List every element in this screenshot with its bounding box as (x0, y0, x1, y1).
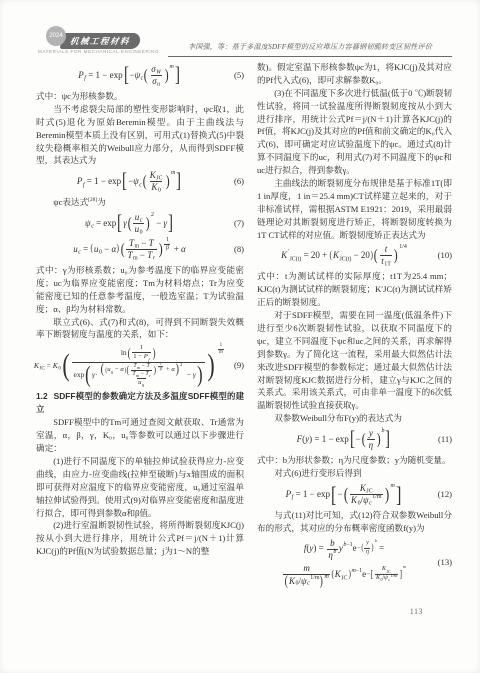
paragraph-weibull-intro: 双参数Weibull分布F(y)的表达式为 (257, 412, 452, 425)
equation-11: F(y) = 1 − exp[−(yη)b] (11) (257, 428, 452, 451)
equation-7: ψc = exp[γ(ucu0)2 − γ] (7) (36, 212, 244, 235)
equation-13: f(y) = bηbyb−1e−(yη)b = m(K0/ψc1/m)m(KJC… (257, 538, 452, 587)
equation-11-number: (11) (431, 433, 452, 446)
paragraph-mle: 对于SDFF模型，需要在同一温度(低温条件)下进行至少6次断裂韧性试验，以获取不… (257, 309, 452, 412)
year-badge: 2024 (46, 26, 66, 46)
page-header: 2024 机械工程材料 MATERIALS FOR MECHANICAL ENG… (36, 29, 452, 57)
paragraph-step-2-cont: 数)。假定室温下形核参数ψc为1，将KJC(j)及其对应的Pf代入式(6)，即可… (257, 61, 452, 87)
paragraph-parameters: SDFF模型中的Tm可通过查阅文献获取、Tr通常为室温，α，β，γ，K₀，u₀等… (36, 416, 244, 455)
page-number: 113 (410, 607, 423, 616)
equation-9: KJC = K0(ln(11 − Pf)exp(γ·((u0 − α)(Tm −… (36, 344, 244, 387)
paragraph-where-5: 式中：ψc为形核参数。 (36, 90, 244, 103)
equation-9-math: KJC = K0(ln(11 − Pf)exp(γ·((u0 − α)(Tm −… (36, 344, 223, 387)
equation-5-number: (5) (223, 69, 244, 82)
equation-7-number: (7) (223, 217, 244, 230)
equation-6-math: Pf = 1 − exp[−ψc(KJCK0)m] (36, 170, 223, 193)
right-column: 数)。假定室温下形核参数ψc为1，将KJC(j)及其对应的Pf代入式(6)，即可… (257, 61, 452, 590)
two-column-body: Pf = 1 − exp[−ψc(σWσu)m] (5) 式中：ψc为形核参数。… (36, 61, 452, 590)
equation-8: uc = (u0 − α)(Tm − TTm − Tr)1β + α (8) (36, 238, 244, 261)
section-number: 1.2 (36, 391, 48, 401)
paragraph-psi-expression: ψc表达式[28]为 (36, 196, 244, 209)
equation-13-math-line1: f(y) = bηbyb−1e−(yη)b = (304, 538, 384, 561)
equation-13-body: f(y) = bηbyb−1e−(yη)b = m(K0/ψc1/m)m(KJC… (257, 538, 431, 587)
equation-12-math: Pf = 1 − exp[−(KJCK0/ψc1/m)m] (257, 483, 431, 506)
paragraph-step-1: (1)进行不同温度下的单轴拉伸试验获得应力-应变曲线，由应力-应变曲线(拉伸至破… (36, 455, 244, 519)
equation-9-number: (9) (223, 359, 244, 372)
journal-name-en: MATERIALS FOR MECHANICAL ENGINEERING (38, 49, 159, 54)
paragraph-beremin: 当不考虑裂尖局部的塑性变形影响时，ψc取1，此时式(5)退化为原始Beremin… (36, 103, 244, 167)
psi-expression-text: ψc表达式 (53, 197, 88, 207)
equation-12: Pf = 1 − exp[−(KJCK0/ψc1/m)m] (12) (257, 483, 452, 506)
equation-10-math: K′JC(t) = 20 + (KJC(t) − 20)(tt1T)1/4 (257, 244, 431, 267)
journal-name-cn: 机械工程材料 (60, 33, 141, 49)
equation-5-math: Pf = 1 − exp[−ψc(σWσu)m] (36, 64, 223, 87)
paragraph-step-3: (3)在不同温度下多次进行低温(低于0 ℃)断裂韧性试验，将同一试验温度所得断裂… (257, 87, 452, 177)
paragraph-transform: 对式(6)进行变形后得到 (257, 467, 452, 480)
psi-expression-tail: 为 (97, 197, 106, 207)
equation-5: Pf = 1 − exp[−ψc(σWσu)m] (5) (36, 64, 244, 87)
journal-logo: 2024 机械工程材料 MATERIALS FOR MECHANICAL ENG… (36, 29, 168, 57)
paragraph-where-10: 式中：t为测试试样的实际厚度；t1T为25.4 mm；KJC(t)为测试试样的断… (257, 270, 452, 309)
paragraph-where-8: 式中：γ为形核系数；u₀为参考温度下的临界应变能密度；uc为临界应变能密度；Tm… (36, 264, 244, 316)
reference-superscript: [28] (88, 197, 97, 203)
equation-10: K′JC(t) = 20 + (KJC(t) − 20)(tt1T)1/4 (1… (257, 244, 452, 267)
equation-6-number: (6) (223, 175, 244, 188)
left-column: Pf = 1 − exp[−ψc(σWσu)m] (5) 式中：ψc为形核参数。… (36, 61, 244, 590)
running-title: 李国强，等：基于多温度SDFF模型的反应堆压力容器钢韧脆转变区韧性评价 (168, 42, 452, 57)
equation-11-math: F(y) = 1 − exp[−(yη)b] (257, 428, 431, 451)
equation-13-number: (13) (431, 556, 452, 569)
equation-6: Pf = 1 − exp[−ψc(KJCK0)m] (6) (36, 170, 244, 193)
paragraph-master-curve: 主曲线法的断裂韧度分布规律是基于标准1T(即1 in厚度，1 in＝25.4 m… (257, 177, 452, 241)
equation-8-number: (8) (223, 243, 244, 256)
paragraph-combine: 联立式(6)、式(7)和式(8)，可得到不同断裂失效概率下断裂韧度与温度的关系，… (36, 316, 244, 342)
paragraph-density-intro: 与式(11)对比可知，式(12)符合双参数Weibull分布的形式，其对应的分布… (257, 509, 452, 535)
equation-10-number: (10) (431, 249, 452, 262)
equation-13-math-line2: m(K0/ψc1/m)m(KJC)m−1e−[KJCK0/ψc1/m]m (282, 563, 406, 586)
section-heading-1-2: 1.2SDFF模型的参数确定方法及多温度SDFF模型的建立 (36, 390, 244, 415)
section-title: SDFF模型的参数确定方法及多温度SDFF模型的建立 (36, 391, 244, 414)
paragraph-step-2: (2)进行室温断裂韧性试验，将所得断裂韧度KJC(j)按从小到大进行排序，用统计… (36, 519, 244, 558)
equation-12-number: (12) (431, 488, 452, 501)
equation-8-math: uc = (u0 − α)(Tm − TTm − Tr)1β + α (36, 238, 223, 261)
journal-page: 2024 机械工程材料 MATERIALS FOR MECHANICAL ENG… (0, 0, 480, 673)
paragraph-where-11: 式中：b为形状参数；η为尺度参数；y为随机变量。 (257, 454, 452, 467)
equation-7-math: ψc = exp[γ(ucu0)2 − γ] (36, 212, 223, 235)
